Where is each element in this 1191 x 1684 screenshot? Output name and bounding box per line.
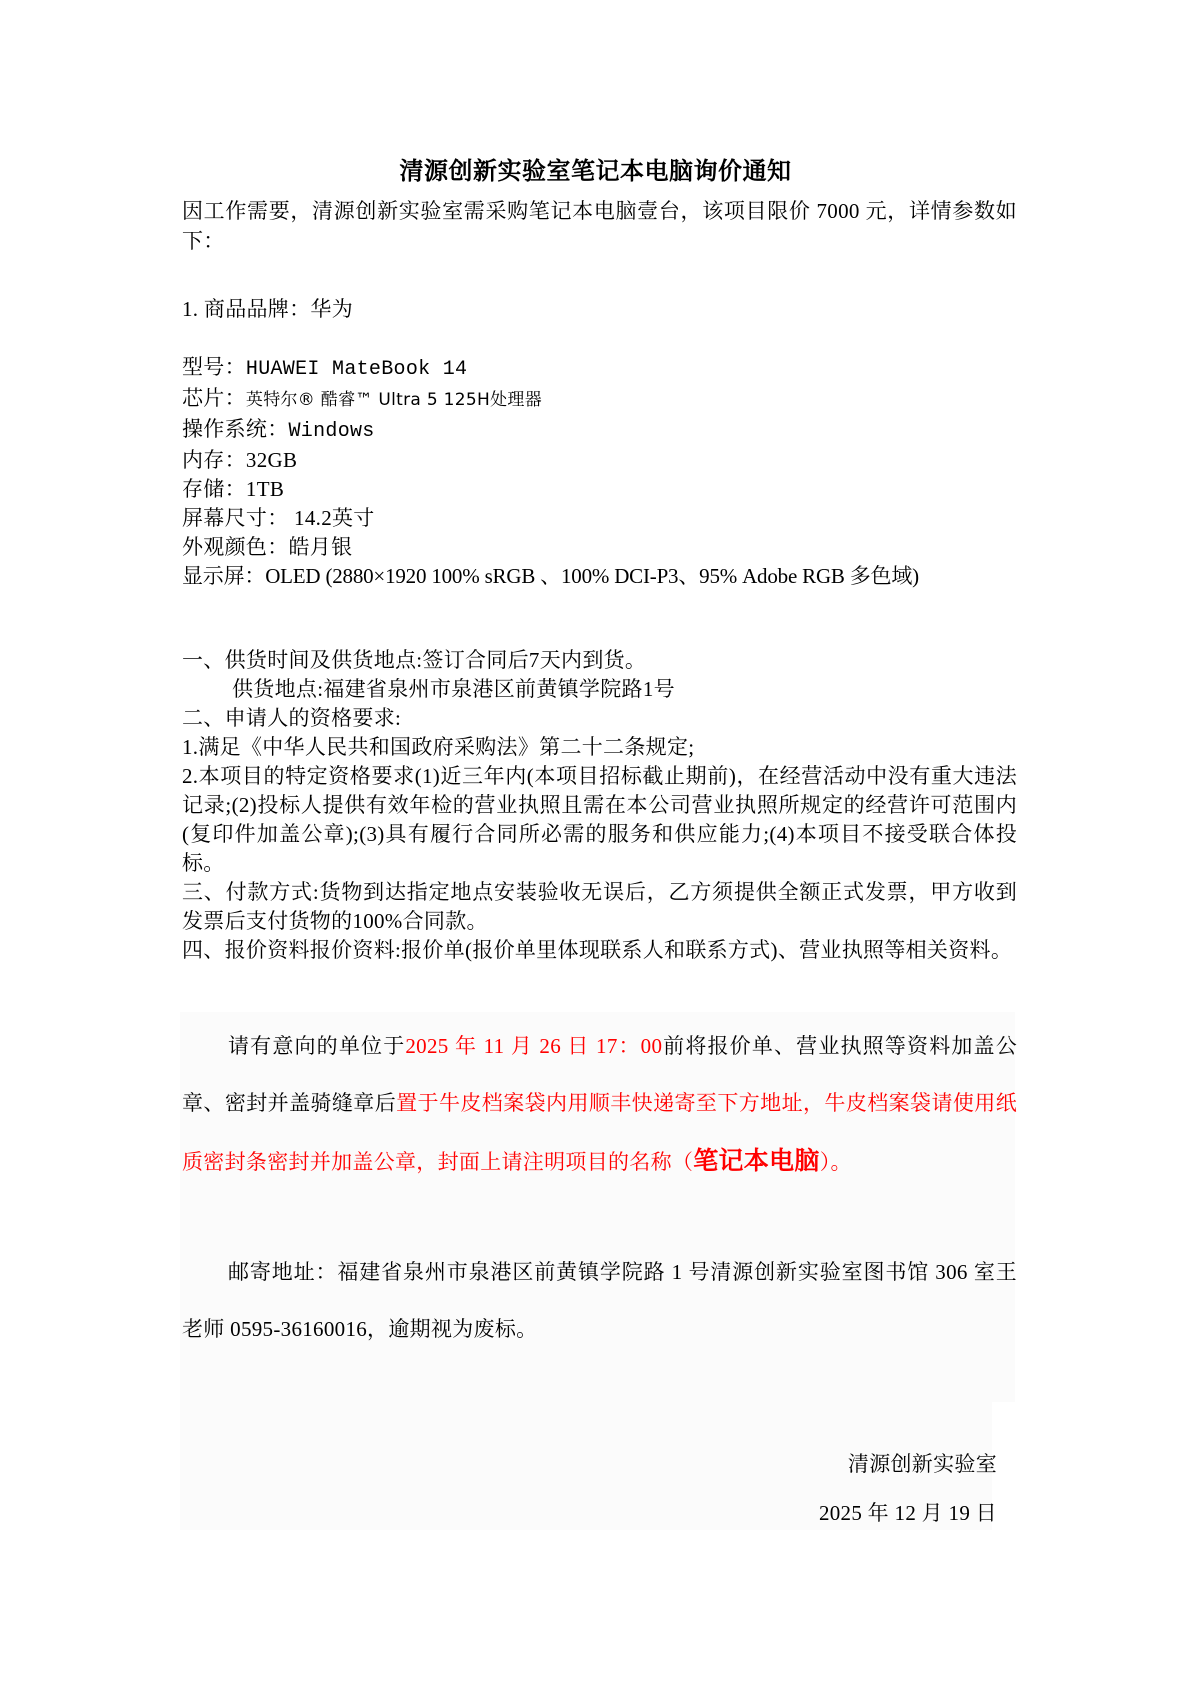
brand-text: 1. 商品品牌：华为: [182, 294, 1017, 326]
signature-block: 清源创新实验室 2025 年 12 月 19 日: [182, 1436, 997, 1533]
intro-paragraph: 因工作需要，清源创新实验室需采购笔记本电脑壹台，该项目限价 7000 元，详情参…: [182, 196, 1017, 256]
qualification-1: 1.满足《中华人民共和国政府采购法》第二十二条规定;: [182, 733, 1017, 762]
project-name: 笔记本电脑: [693, 1146, 820, 1175]
submission-paragraph: 请有意向的单位于2025 年 11 月 26 日 17：00前将报价单、营业执照…: [182, 1018, 1017, 1191]
spec-os: 操作系统：Windows: [182, 415, 1017, 446]
terms-sections: 一、供货时间及供货地点:签订合同后7天内到货。 供货地点:福建省泉州市泉港区前黄…: [182, 646, 1017, 965]
mailing-text: 邮寄地址：福建省泉州市泉港区前黄镇学院路 1 号清源创新实验室图书馆 306 室…: [182, 1244, 1017, 1358]
spec-color: 外观颜色：皓月银: [182, 533, 1017, 562]
mailing-address: 邮寄地址：福建省泉州市泉港区前黄镇学院路 1 号清源创新实验室图书馆 306 室…: [182, 1244, 1017, 1358]
submission-text: 请有意向的单位于2025 年 11 月 26 日 17：00前将报价单、营业执照…: [182, 1018, 1017, 1191]
supply-time: 一、供货时间及供货地点:签订合同后7天内到货。: [182, 646, 1017, 675]
signature-org: 清源创新实验室: [182, 1436, 997, 1493]
signature-date: 2025 年 12 月 19 日: [182, 1493, 997, 1533]
spec-screen-size: 屏幕尺寸： 14.2英寸: [182, 504, 1017, 533]
spec-chip: 芯片：英特尔® 酷睿™ Ultra 5 125H处理器: [182, 384, 1017, 415]
intro-text: 因工作需要，清源创新实验室需采购笔记本电脑壹台，该项目限价 7000 元，详情参…: [182, 196, 1017, 256]
brand-line: 1. 商品品牌：华为: [182, 294, 1017, 326]
document-title: 清源创新实验室笔记本电脑询价通知: [0, 156, 1191, 186]
payment-terms: 三、付款方式:货物到达指定地点安装验收无误后，乙方须提供全额正式发票，甲方收到发…: [182, 878, 1017, 936]
spec-memory: 内存：32GB: [182, 446, 1017, 475]
document-page: 清源创新实验室笔记本电脑询价通知 因工作需要，清源创新实验室需采购笔记本电脑壹台…: [0, 0, 1191, 1684]
spec-display: 显示屏：OLED (2880×1920 100% sRGB 、100% DCI-…: [182, 562, 1017, 591]
spec-storage: 存储：1TB: [182, 475, 1017, 504]
qualification-heading: 二、申请人的资格要求:: [182, 704, 1017, 733]
supply-place: 供货地点:福建省泉州市泉港区前黄镇学院路1号: [182, 675, 1017, 704]
spec-model: 型号：HUAWEI MateBook 14: [182, 353, 1017, 384]
quote-materials: 四、报价资料报价资料:报价单(报价单里体现联系人和联系方式)、营业执照等相关资料…: [182, 936, 1017, 965]
spec-list: 型号：HUAWEI MateBook 14 芯片：英特尔® 酷睿™ Ultra …: [182, 353, 1017, 591]
qualification-2: 2.本项目的特定资格要求(1)近三年内(本项目招标截止期前)，在经营活动中没有重…: [182, 762, 1017, 878]
deadline: 2025 年 11 月 26 日 17：00: [405, 1034, 662, 1058]
